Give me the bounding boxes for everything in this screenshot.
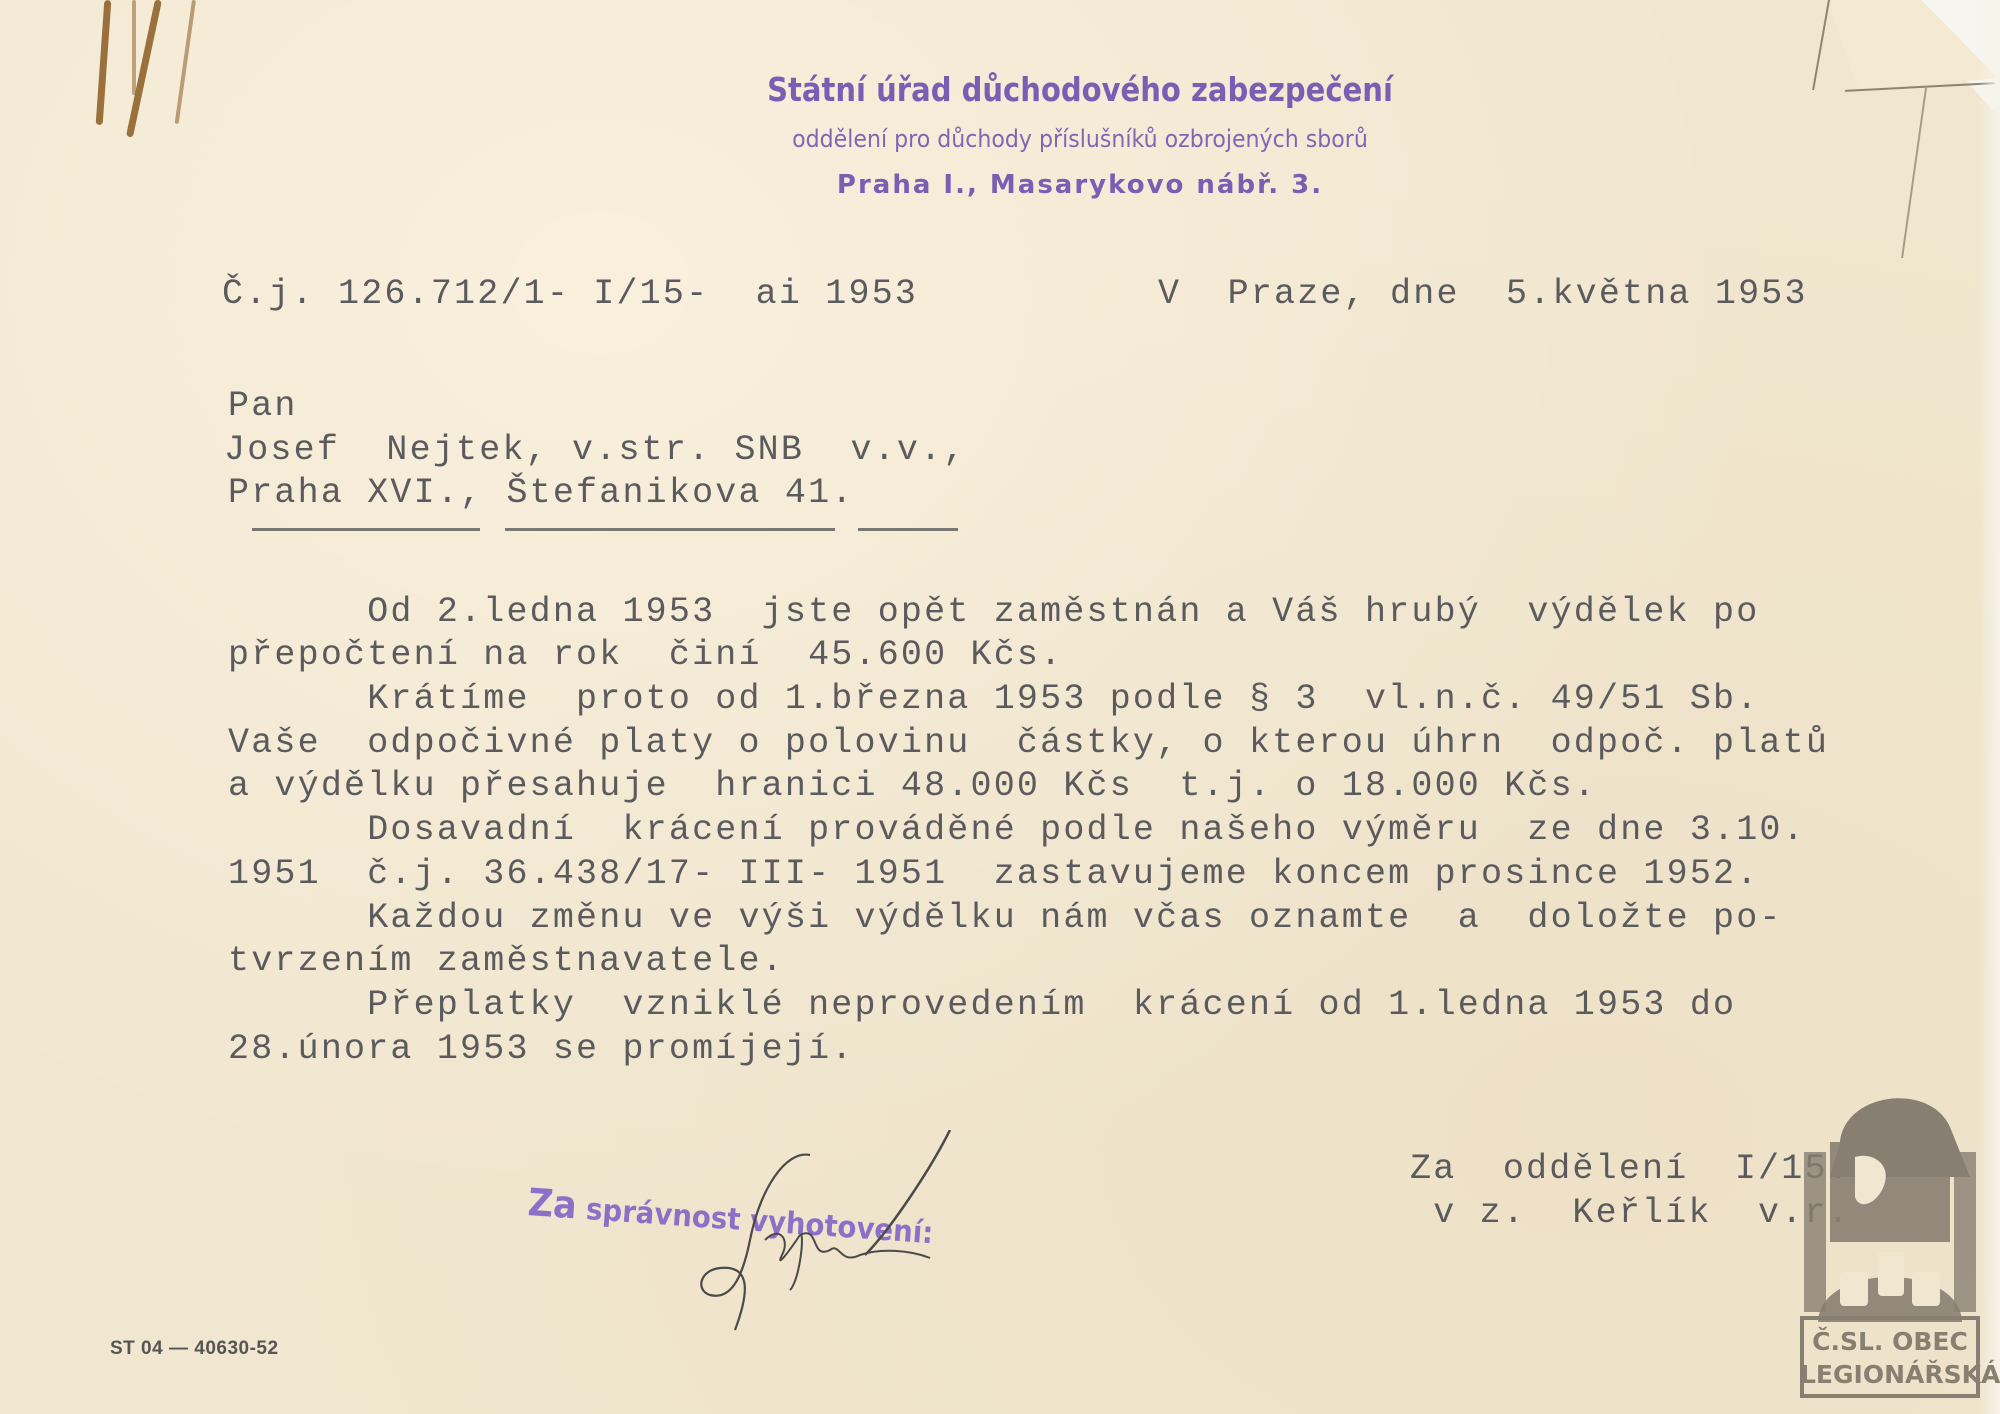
body-line: Vaše odpočivné platy o polovinu částky, … bbox=[228, 723, 1829, 763]
body-line: Každou změnu ve výši výdělku nám včas oz… bbox=[228, 898, 1783, 938]
stamp-text-za: Za bbox=[526, 1180, 578, 1227]
addressee-address: Praha XVI., Štefanikova 41. bbox=[228, 473, 855, 513]
addressee-name: Josef Nejtek, v.str. SNB v.v., bbox=[224, 430, 967, 470]
rust-mark bbox=[132, 0, 136, 95]
place-date: V Praze, dne 5.května 1953 bbox=[1158, 274, 1808, 314]
legion-logo-watermark: Č.SL. OBEC LEGIONÁŘSKÁ bbox=[1800, 1082, 1980, 1398]
body-line: 1951 č.j. 36.438/17- III- 1951 zastavuje… bbox=[228, 854, 1759, 894]
body-line: Přeplatky vzniklé neprovedením krácení o… bbox=[228, 985, 1736, 1025]
body-line: a výdělku přesahuje hranici 48.000 Kčs t… bbox=[228, 766, 1597, 806]
address-underline bbox=[505, 528, 835, 531]
logo-text-line1: Č.SL. OBEC bbox=[1800, 1327, 1980, 1356]
signatory-name: v z. Keřlík v.r. bbox=[1410, 1193, 1851, 1233]
paper-edge bbox=[1978, 0, 2000, 1414]
signatory-department: Za oddělení I/15: bbox=[1410, 1149, 1851, 1189]
form-code: ST 04 — 40630-52 bbox=[110, 1338, 279, 1360]
logo-text-line2: LEGIONÁŘSKÁ bbox=[1800, 1360, 1980, 1389]
body-line: Od 2.ledna 1953 jste opět zaměstnán a Vá… bbox=[228, 592, 1759, 632]
body-line: 28.února 1953 se promíjejí. bbox=[228, 1029, 855, 1069]
reference-number: Č.j. 126.712/1- I/15- ai 1953 bbox=[222, 274, 918, 314]
letterhead-office: Státní úřad důchodového zabezpečení bbox=[746, 70, 1415, 109]
handwritten-signature bbox=[690, 1130, 1020, 1340]
body-line: Krátíme proto od 1.března 1953 podle § 3… bbox=[228, 679, 1759, 719]
body-line: přepočtení na rok činí 45.600 Kčs. bbox=[228, 635, 1063, 675]
addressee-salutation: Pan bbox=[228, 386, 298, 426]
address-underline bbox=[858, 528, 958, 531]
letterhead-address: Praha I., Masarykovo nábř. 3. bbox=[700, 170, 1460, 200]
address-underline bbox=[252, 528, 480, 531]
letterhead-department: oddělení pro důchody příslušníků ozbroje… bbox=[675, 125, 1485, 153]
body-line: Dosavadní krácení prováděné podle našeho… bbox=[228, 810, 1806, 850]
fold-line bbox=[1812, 0, 1830, 90]
rust-mark bbox=[175, 0, 196, 124]
fold-line bbox=[1901, 88, 1927, 258]
body-line: tvrzením zaměstnavatele. bbox=[228, 941, 785, 981]
rust-mark bbox=[96, 0, 112, 125]
document-page: Státní úřad důchodového zabezpečení oddě… bbox=[0, 0, 2000, 1414]
